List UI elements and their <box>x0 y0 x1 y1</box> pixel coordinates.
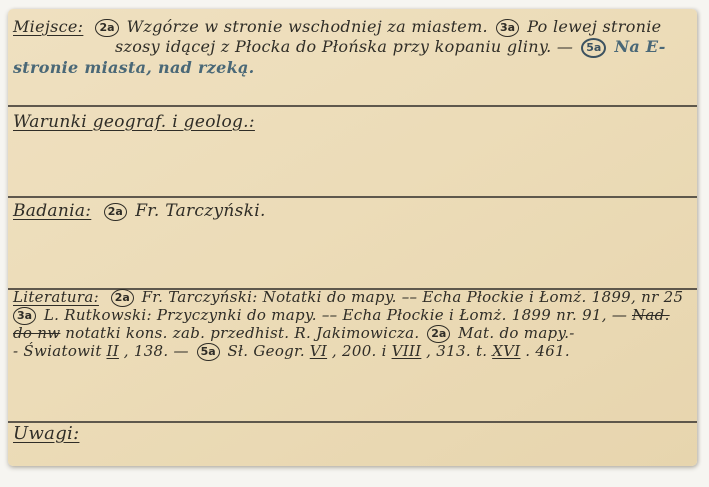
literatura-line3-text: notatki kons. zab. przedhist. R. Jakimow… <box>65 324 419 342</box>
literatura-roman-VIII: VIII <box>392 342 422 360</box>
section-rule-2 <box>8 196 697 198</box>
ref-mark-2a: 2a <box>95 19 118 37</box>
section-badania: Badania: 2a Fr. Tarczyński. <box>13 201 695 221</box>
miejsce-line-2: szosy idącej z Płocka do Płońska przy ko… <box>115 37 695 58</box>
literatura-line-3: do nw notatki kons. zab. przedhist. R. J… <box>13 325 695 343</box>
literatura-line-2: 3a L. Rutkowski: Przyczynki do mapy. –– … <box>13 307 695 325</box>
literatura-line4-d: , 200. i <box>332 342 387 360</box>
literatura-line4-c: Sł. Geogr. <box>227 342 304 360</box>
literatura-line1-text: Fr. Tarczyński: Notatki do mapy. –– Echa… <box>142 288 684 306</box>
miejsce-line-1: Miejsce: 2a Wzgórze w stronie wschodniej… <box>13 17 695 37</box>
section-literatura: Literatura: 2a Fr. Tarczyński: Notatki d… <box>13 289 695 361</box>
ref-mark-lit-3a: 3a <box>13 307 36 325</box>
literatura-line3-end: Mat. do mapy.- <box>458 324 575 342</box>
literatura-line4-b: , 138. — <box>124 342 189 360</box>
miejsce-text-a: Wzgórze w stronie wschodniej za miastem. <box>127 17 488 36</box>
literatura-line4-f: . 461. <box>525 342 570 360</box>
miejsce-label: Miejsce: <box>13 17 83 36</box>
miejsce-text-b: Po lewej stronie <box>527 17 661 36</box>
section-uwagi: Uwagi: <box>13 423 695 444</box>
section-miejsce: Miejsce: 2a Wzgórze w stronie wschodniej… <box>13 17 695 77</box>
badania-text: Fr. Tarczyński. <box>135 201 266 221</box>
literatura-line-4: - Światowit II , 138. — 5a Sł. Geogr. VI… <box>13 343 695 361</box>
literatura-line3-struck: do nw <box>13 324 60 342</box>
badania-label: Badania: <box>13 201 91 221</box>
literatura-roman-II: II <box>107 342 119 360</box>
miejsce-line2-end: Na E- <box>614 37 665 56</box>
section-warunki: Warunki geograf. i geolog.: <box>13 112 695 132</box>
literatura-line-1: Literatura: 2a Fr. Tarczyński: Notatki d… <box>13 289 695 307</box>
literatura-label: Literatura: <box>13 288 99 306</box>
ref-mark-badania-2a: 2a <box>104 203 127 221</box>
uwagi-label: Uwagi: <box>13 423 79 444</box>
literatura-roman-XVI: XVI <box>492 342 520 360</box>
miejsce-line-3: stronie miasta, nad rzeką. <box>13 58 695 77</box>
ref-mark-5a: 5a <box>581 38 606 58</box>
ref-mark-3a: 3a <box>496 19 519 37</box>
literatura-roman-VI: VI <box>310 342 327 360</box>
index-card: Miejsce: 2a Wzgórze w stronie wschodniej… <box>8 9 697 466</box>
ref-mark-lit-2a-2: 2a <box>427 325 450 343</box>
section-rule-1 <box>8 105 697 107</box>
warunki-label: Warunki geograf. i geolog.: <box>13 112 255 132</box>
miejsce-line2-text: szosy idącej z Płocka do Płońska przy ko… <box>115 37 573 56</box>
literatura-line4-a: - Światowit <box>13 342 102 360</box>
miejsce-line3-blue: stronie miasta, nad rzeką. <box>13 58 255 77</box>
literatura-line2-struck: Nad. <box>632 306 670 324</box>
ref-mark-lit-2a: 2a <box>111 289 134 307</box>
literatura-line4-e: , 313. t. <box>426 342 487 360</box>
ref-mark-lit-5a: 5a <box>197 343 220 361</box>
literatura-line2-text: L. Rutkowski: Przyczynki do mapy. –– Ech… <box>44 306 627 324</box>
